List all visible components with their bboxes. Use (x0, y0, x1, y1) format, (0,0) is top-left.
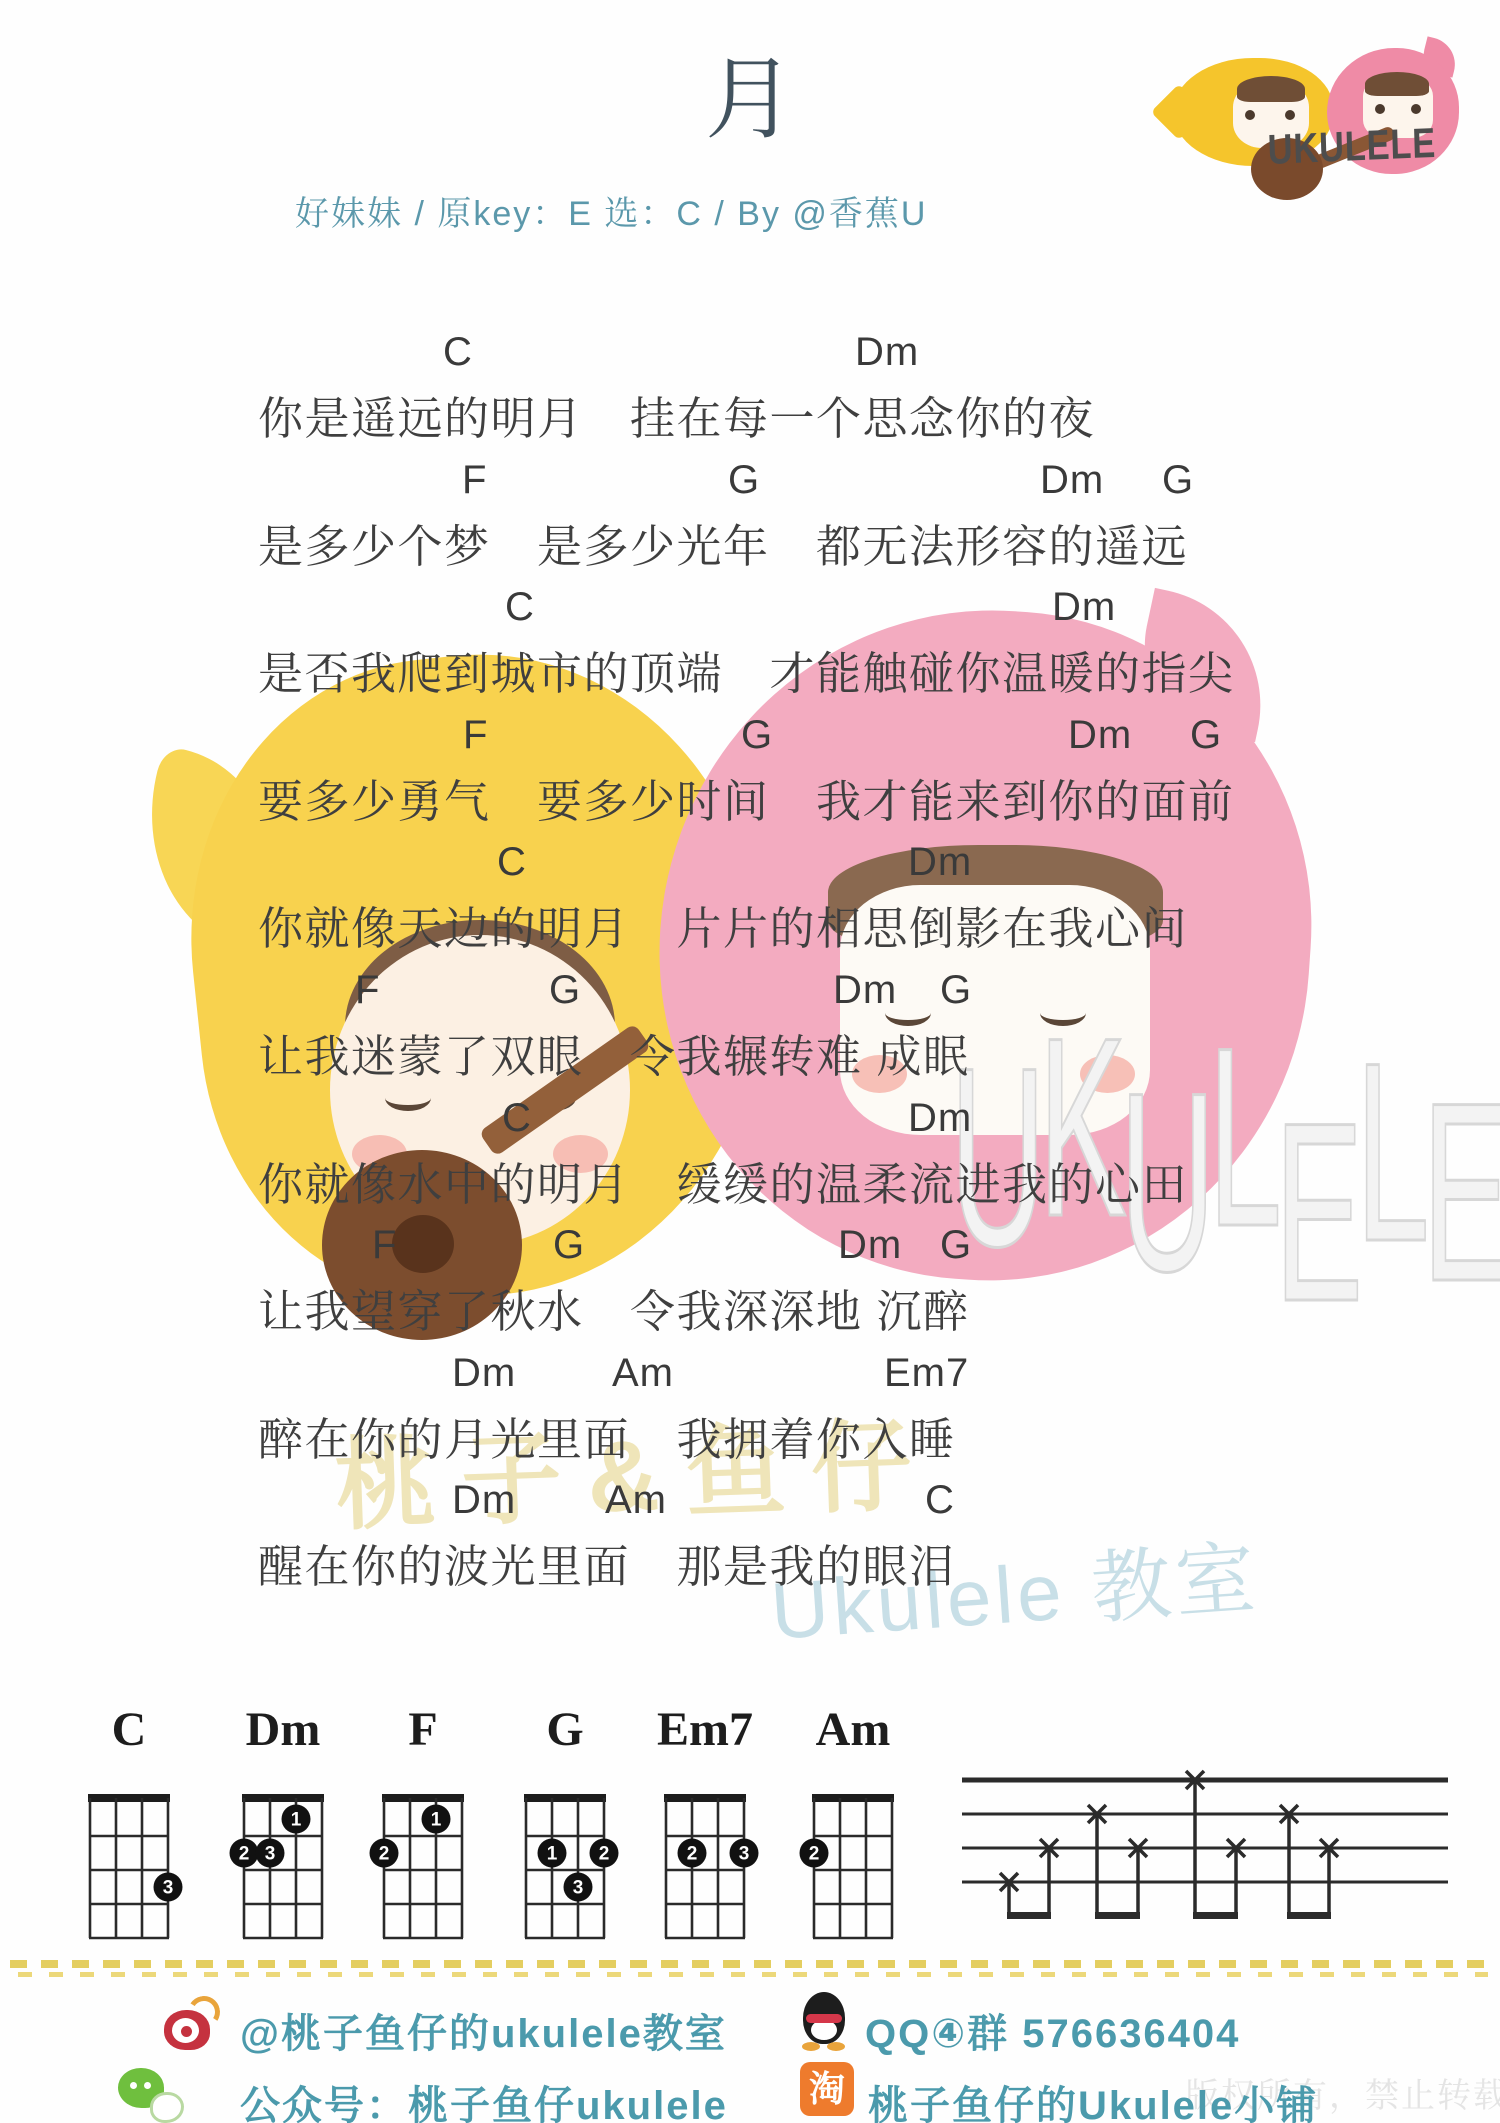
chord-label: Dm (1052, 585, 1116, 630)
chord-chart-name: Em7 (649, 1706, 761, 1764)
chord-label: Dm (908, 1096, 972, 1141)
qq-group-number: QQ④群 576636404 (865, 2002, 1240, 2059)
wechat-contact: 公众号：桃子鱼仔ukulele (118, 2064, 182, 2123)
svg-text:2: 2 (687, 1844, 698, 1865)
chord-label: Dm (838, 1223, 902, 1268)
song-line: FGDmG让我望穿了秋水 令我深深地 沉醉 (0, 1223, 1500, 1348)
qq-contact: QQ④群 576636404 (795, 1990, 853, 2054)
logo-girl-hair (1237, 76, 1305, 102)
svg-text:3: 3 (163, 1878, 174, 1899)
chord-chart-Em7: Em723 (649, 1706, 761, 1955)
chord-chart-Am: Am2 (797, 1706, 909, 1955)
chord-chart-name: G (509, 1706, 621, 1764)
svg-text:2: 2 (239, 1844, 250, 1865)
chord-label: G (741, 713, 773, 758)
chord-chart-G: G123 (509, 1706, 621, 1955)
lyric-text: 是否我爬到城市的顶端 才能触碰你温暖的指尖 (258, 637, 1235, 702)
chord-label: G (1162, 458, 1194, 503)
chord-chart-name: Dm (227, 1706, 339, 1764)
chord-label: C (443, 330, 473, 375)
chord-label: Dm (1068, 713, 1132, 758)
taobao-icon: 淘 (800, 2062, 854, 2116)
chord-label: G (940, 1223, 972, 1268)
song-line: CDm是否我爬到城市的顶端 才能触碰你温暖的指尖 (0, 585, 1500, 710)
strum-pattern-staff (960, 1772, 1460, 1927)
dashed-separator-lower (18, 1972, 1488, 1977)
chord-label: Dm (833, 968, 897, 1013)
lyric-text: 是多少个梦 是多少光年 都无法形容的遥远 (258, 510, 1188, 575)
song-line: FGDmG是多少个梦 是多少光年 都无法形容的遥远 (0, 458, 1500, 583)
lyric-text: 你就像天边的明月 片片的相思倒影在我心间 (258, 892, 1188, 957)
chord-chart-name: F (367, 1706, 479, 1764)
chord-chart-name: C (73, 1706, 185, 1764)
chord-label: G (553, 1223, 585, 1268)
chord-label: Dm (1040, 458, 1104, 503)
svg-text:3: 3 (265, 1844, 276, 1865)
chord-label: Am (605, 1478, 667, 1523)
chord-label: C (497, 840, 527, 885)
song-line: DmAmC醒在你的波光里面 那是我的眼泪 (0, 1478, 1500, 1603)
chord-chart-C: C3 (73, 1706, 185, 1955)
brand-logo: UKULELE (1155, 30, 1455, 205)
chord-label: G (728, 458, 760, 503)
song-line: CDm你就像水中的明月 缓缓的温柔流进我的心田 (0, 1096, 1500, 1221)
wechat-account: 公众号：桃子鱼仔ukulele (240, 2074, 728, 2123)
chord-chart-F: F12 (367, 1706, 479, 1955)
lyric-text: 要多少勇气 要多少时间 我才能来到你的面前 (258, 765, 1235, 830)
chord-grid: 12 (367, 1790, 479, 1955)
weibo-handle: @桃子鱼仔的ukulele教室 (240, 2002, 727, 2059)
song-line: CDm你是遥远的明月 挂在每一个思念你的夜 (0, 330, 1500, 455)
lyric-text: 醉在你的月光里面 我拥着你入睡 (258, 1403, 956, 1468)
chord-label: Dm (452, 1351, 516, 1396)
chord-label: F (372, 1223, 397, 1268)
logo-girl-eye (1245, 110, 1255, 120)
song-line: FGDmG要多少勇气 要多少时间 我才能来到你的面前 (0, 713, 1500, 838)
lyric-text: 让我迷蒙了双眼 令我辗转难 成眠 (258, 1020, 970, 1085)
chord-grid: 123 (509, 1790, 621, 1955)
chord-chart-name: Am (797, 1706, 909, 1764)
svg-text:1: 1 (547, 1844, 558, 1865)
taobao-contact: 淘 桃子鱼仔的Ukulele小铺 (800, 2062, 854, 2116)
dashed-separator (10, 1960, 1490, 1968)
weibo-icon (164, 1996, 224, 2054)
taobao-shop-name: 桃子鱼仔的Ukulele小铺 (868, 2074, 1318, 2123)
song-line: CDm你就像天边的明月 片片的相思倒影在我心间 (0, 840, 1500, 965)
svg-text:1: 1 (291, 1810, 302, 1831)
svg-text:2: 2 (599, 1844, 610, 1865)
chord-label: Am (612, 1351, 674, 1396)
logo-boy-eye (1411, 104, 1421, 114)
chord-label: Dm (855, 330, 919, 375)
chord-label: C (502, 1096, 532, 1141)
lyric-text: 你是遥远的明月 挂在每一个思念你的夜 (258, 382, 1095, 447)
svg-text:2: 2 (379, 1844, 390, 1865)
chord-label: F (463, 713, 488, 758)
chord-label: C (505, 585, 535, 630)
lyric-text: 醒在你的波光里面 那是我的眼泪 (258, 1530, 956, 1595)
qq-icon (795, 1990, 853, 2054)
logo-boy-hair (1365, 72, 1429, 96)
chord-label: G (1190, 713, 1222, 758)
logo-boy-eye (1375, 104, 1385, 114)
logo-wordmark: UKULELE (1267, 119, 1437, 174)
chord-grid: 123 (227, 1790, 339, 1955)
chord-label: G (549, 968, 581, 1013)
chord-chart-Dm: Dm123 (227, 1706, 339, 1955)
wechat-icon (118, 2064, 182, 2123)
chord-label: Dm (452, 1478, 516, 1523)
song-subtitle: 好妹妹 / 原key：E 选：C / By @香蕉U (295, 186, 795, 235)
chord-sheet-page: UKULELE 桃子&鱼仔 Ukulele 教室 版权所有，禁止转载 月 好妹妹… (0, 0, 1500, 2123)
chord-label: C (925, 1478, 955, 1523)
chord-grid: 3 (73, 1790, 185, 1955)
logo-girl-eye (1285, 110, 1295, 120)
weibo-contact: @桃子鱼仔的ukulele教室 (164, 1996, 224, 2054)
svg-text:2: 2 (809, 1844, 820, 1865)
lyric-text: 你就像水中的明月 缓缓的温柔流进我的心田 (258, 1148, 1188, 1213)
svg-text:3: 3 (573, 1878, 584, 1899)
chord-grid: 2 (797, 1790, 909, 1955)
chord-label: F (355, 968, 380, 1013)
chord-label: Em7 (884, 1351, 969, 1396)
svg-text:1: 1 (431, 1810, 442, 1831)
song-line: FGDmG让我迷蒙了双眼 令我辗转难 成眠 (0, 968, 1500, 1093)
chord-label: Dm (908, 840, 972, 885)
chord-label: F (462, 458, 487, 503)
song-line: DmAmEm7醉在你的月光里面 我拥着你入睡 (0, 1351, 1500, 1476)
lyric-text: 让我望穿了秋水 令我深深地 沉醉 (258, 1275, 970, 1340)
chord-label: G (940, 968, 972, 1013)
chord-grid: 23 (649, 1790, 761, 1955)
svg-text:3: 3 (739, 1844, 750, 1865)
